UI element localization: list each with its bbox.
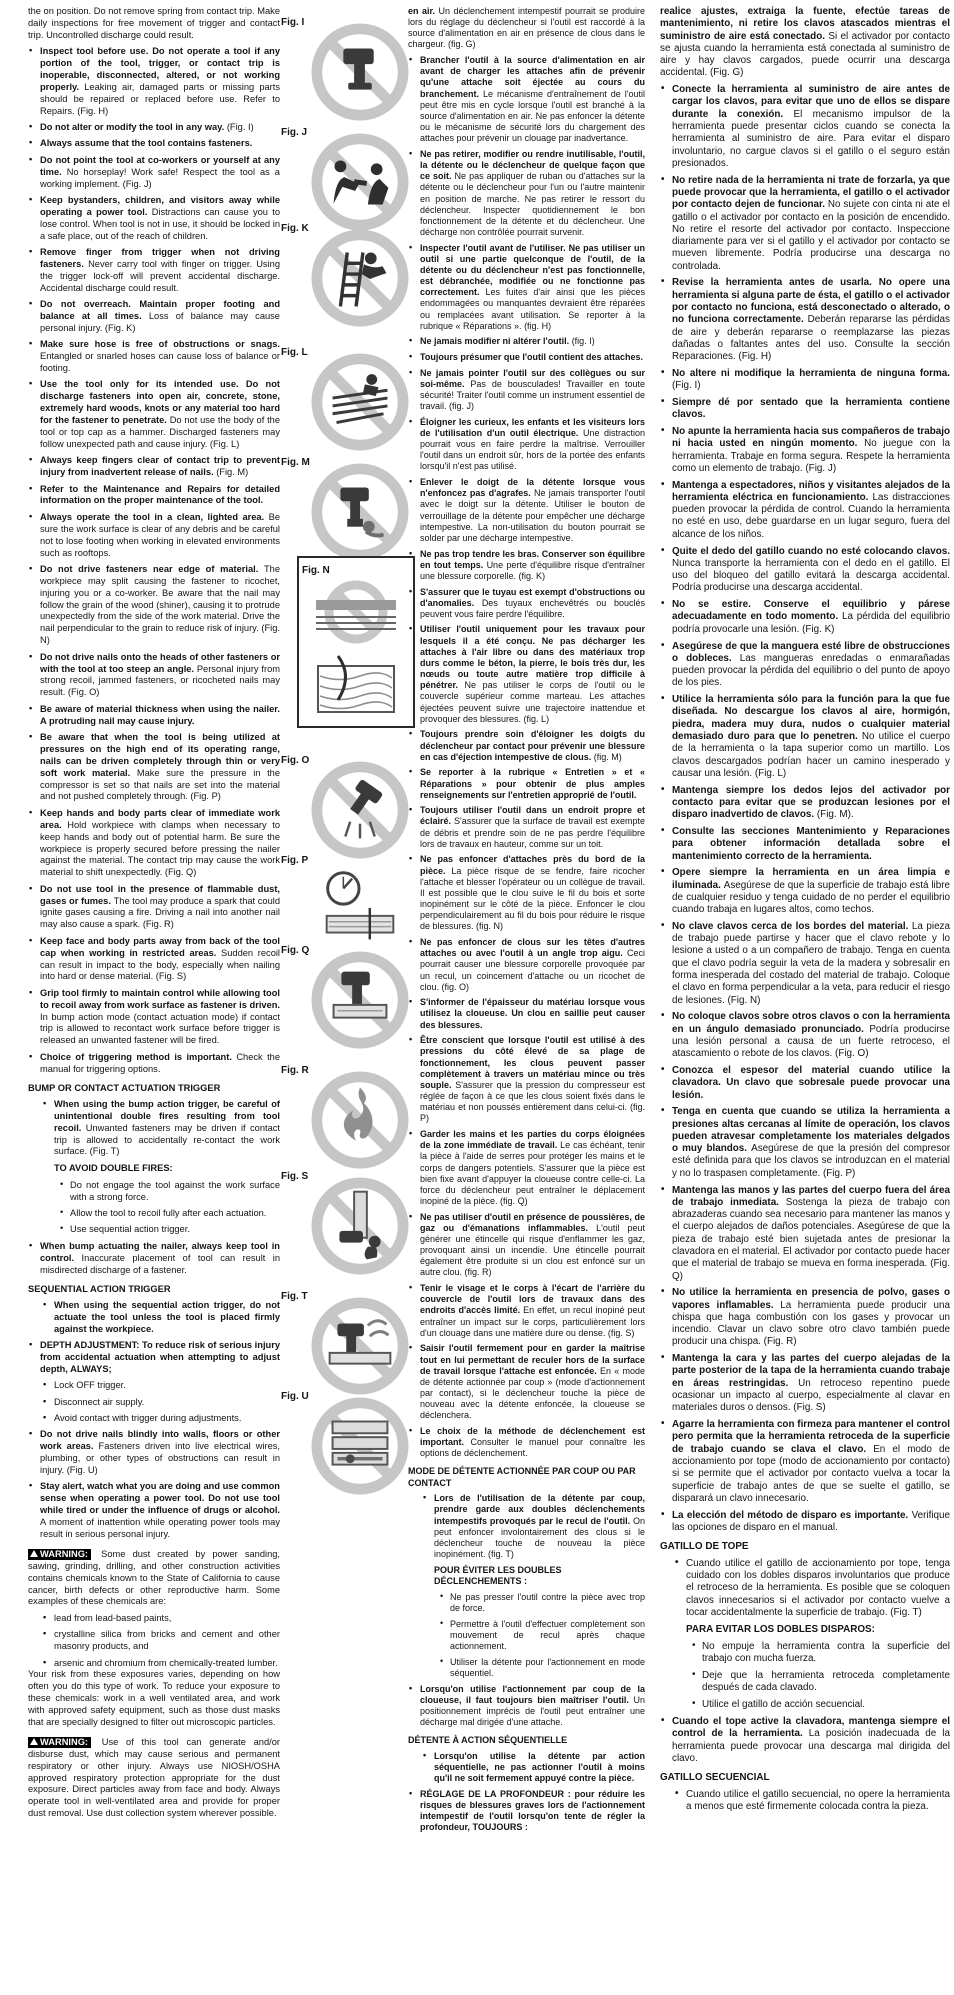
safety-bullet: Revise la herramienta antes de usarla. N… [660,277,950,363]
safety-bullet: No utilice la herramienta en presencia d… [660,1287,950,1348]
safety-bullet: Toujours présumer que l'outil contient d… [408,352,645,363]
safety-sub-bullet: Utiliser la détente pour l'actionnement … [440,1657,645,1679]
bullet-lead-text: realice ajustes, extraiga la fuente, efe… [660,6,950,42]
safety-sub-bullet: When using the sequential action trigger… [43,1300,280,1336]
safety-bullet: Do not drive nails onto the heads of oth… [28,652,280,700]
warning-label: WARNING: [28,1549,91,1560]
figure-i: Fig. I [281,12,413,30]
safety-bullet: Inspecter l'outil avant de l'utiliser. N… [408,243,645,332]
safety-bullet: Do not drive nails blindly into walls, f… [28,1429,280,1477]
safety-bullet: Asegúrese de que la manguera esté libre … [660,641,950,690]
safety-bullet: Mantenga a espectadores, niños y visitan… [660,480,950,541]
safety-bullet: La elección del método de disparo es imp… [660,1510,950,1535]
bullet-lead-text: No retire nada de la herramienta ni trat… [672,175,950,211]
figure-p: Fig. P [281,850,413,868]
figure-q: Fig. Q [281,940,413,958]
safety-bullet: Utilice la herramienta sólo para la func… [660,694,950,780]
bullet-lead-text: Utilice la herramienta sólo para la func… [672,694,950,742]
safety-bullet: Toujours prendre soin d'éloigner les doi… [408,729,645,762]
safety-bullet: When bump actuating the nailer, always k… [28,1241,280,1277]
bullet-lead-text: No clave clavos cerca de los bordes del … [672,921,912,932]
figure-t: Fig. T [281,1286,413,1304]
safety-bullet: Être conscient que lorsque l'outil est u… [408,1035,645,1124]
figure-o: Fig. O [281,750,413,768]
safety-bullet: Mantenga la cara y las partes del cuerpo… [660,1353,950,1414]
bullet-lead-text: Quite el dedo del gatillo cuando no esté… [672,546,950,557]
roof-decking-icon [311,353,411,453]
safety-bullet: Tenga en cuenta que cuando se utiliza la… [660,1106,950,1180]
section-heading: MODE DE DÉTENTE ACTIONNÉE PAR COUP OU PA… [408,1466,645,1488]
safety-sub-bullet: Ne pas presser l'outil contre la pièce a… [440,1592,645,1614]
safety-sub-bullet: Allow the tool to recoil fully after eac… [60,1208,280,1220]
figure-label: Fig. K [281,223,309,234]
safety-bullet: Do not overreach. Maintain proper footin… [28,299,280,335]
bullet-lead-text: Ne pas enfoncer de clous sur les têtes d… [420,937,645,958]
bullet-lead-text: Conecte la herramienta al suministro de … [672,84,950,120]
safety-bullet: Se reporter à la rubrique « Entretien » … [408,767,645,800]
figure-label: Fig. Q [281,945,309,956]
bullet-lead-text: Ne jamais pointer l'outil sur des collèg… [420,368,645,389]
bullet-lead-text: Conozca el espesor del material cuando u… [672,1065,950,1101]
safety-sub-bullet: crystalline silica from bricks and cemen… [43,1629,280,1653]
safety-bullet: No coloque clavos sobre otros clavos o c… [660,1011,950,1060]
bullet-lead-text: Toujours prendre soin d'éloigner les doi… [420,729,645,761]
bullet-lead-text: When using the sequential action trigger… [54,1300,280,1334]
figure-j: Fig. J [281,122,413,140]
bullet-lead-text: Saisir l'outil fermement pour en garder … [420,1343,645,1375]
section-heading: DÉTENTE À ACTION SÉQUENTIELLE [408,1735,645,1746]
safety-bullet: Do not point the tool at co-workers or y… [28,155,280,191]
section-heading: GATILLO SECUENCIAL [660,1772,950,1784]
bullet-lead-text: Always assume that the tool contains fas… [40,138,252,148]
safety-bullet: Ne jamais modifier ni altérer l'outil. (… [408,336,645,347]
bullet-lead-text: Utiliser l'outil uniquement pour les tra… [420,624,645,690]
bullet-lead-text: Refer to the Maintenance and Repairs for… [40,484,280,506]
safety-sub-bullet: Cuando utilice el gatillo secuencial, no… [675,1789,950,1814]
bullet-lead-text: No altere ni modifique la herramienta de… [672,368,950,379]
safety-bullet: Toujours utiliser l'outil dans un endroi… [408,805,645,850]
figure-label: Fig. R [281,1065,309,1076]
paragraph: the on position. Do not remove spring fr… [28,6,280,42]
safety-bullet: Brancher l'outil à la source d'alimentat… [408,55,645,144]
safety-bullet: DEPTH ADJUSTMENT: To reduce risk of seri… [28,1340,280,1376]
figure-label: Fig. L [281,347,308,358]
bullet-lead-text: Choice of triggering method is important… [40,1052,236,1062]
warning-paragraph: WARNING: Some dust created by power sand… [28,1549,280,1608]
bullet-lead-text: Stay alert, watch what you are doing and… [40,1481,280,1515]
bullet-lead-text: No coloque clavos sobre otros clavos o c… [672,1011,950,1034]
safety-sub-bullet: Avoid contact with trigger during adjust… [43,1413,280,1425]
bullet-lead-text: Revise la herramienta antes de usarla. N… [672,277,950,325]
bullet-lead-text: Mantenga las manos y las partes del cuer… [672,1185,950,1208]
safety-bullet: Do not drive fasteners near edge of mate… [28,564,280,647]
bullet-lead-text: Consulte las secciones Mantenimiento y R… [672,826,950,862]
safety-bullet: No apunte la herramienta hacia sus compa… [660,426,950,475]
safety-sub-bullet: arsenic and chromium from chemically-tre… [43,1658,280,1670]
safety-bullet: S'informer de l'épaisseur du matériau lo… [408,997,645,1030]
figure-label: Fig. M [281,457,310,468]
bullet-lead-text: Grip tool firmly to maintain control whi… [40,988,280,1010]
bullet-lead-text: Always keep fingers clear of contact tri… [40,455,280,477]
figure-label: Fig. J [281,127,307,138]
figure-label: Fig. O [281,755,309,766]
safety-bullet: Stay alert, watch what you are doing and… [28,1481,280,1540]
safety-bullet: Always assume that the tool contains fas… [28,138,280,150]
safety-bullet: Consulte las secciones Mantenimiento y R… [660,826,950,863]
section-heading: BUMP OR CONTACT ACTUATION TRIGGER [28,1083,280,1095]
bullet-lead-text: Éloigner les curieux, les enfants et les… [420,417,645,438]
bullet-lead-text: Ne pas enfoncer d'attaches près du bord … [420,854,645,875]
ladder-overreach-icon [311,229,411,329]
sub-section-heading: PARA EVITAR LOS DOBLES DISPAROS: [675,1624,950,1636]
safety-bullet: Siempre dé por sentado que la herramient… [660,397,950,422]
bullet-lead-text: Ne pas trop tendre les bras. Conserver s… [420,549,645,570]
safety-bullet: Saisir l'outil fermement pour en garder … [408,1343,645,1421]
safety-bullet: No clave clavos cerca de los bordes del … [660,921,950,1007]
figure-label: Fig. U [281,1391,309,1402]
bullet-lead-text: Keep hands and body parts clear of immed… [40,808,280,830]
bullet-lead-text: Mantenga a espectadores, niños y visitan… [672,480,950,503]
safety-sub-bullet: Use sequential action trigger. [60,1224,280,1236]
bullet-lead-text: Mantenga siempre los dedos lejos del act… [672,785,950,821]
bullet-lead-text: When bump actuating the nailer, always k… [40,1241,280,1263]
safety-bullet: Do not use tool in the presence of flamm… [28,884,280,932]
safety-bullet: Refer to the Maintenance and Repairs for… [28,484,280,508]
safety-bullet: Enlever le doigt de la détente lorsque v… [408,477,645,544]
flames-icon [311,1071,411,1171]
hand-near-contact-trip-icon [311,463,411,563]
safety-sub-bullet: Lorsqu'on utilise la détente par action … [423,1751,645,1784]
bullet-lead-text: No apunte la herramienta hacia sus compa… [672,426,950,449]
safety-bullet: Agarre la herramienta con firmeza para m… [660,1419,950,1505]
bullet-lead-text: Opere siempre la herramienta en un área … [672,867,950,890]
figure-column: Fig. IFig. JFig. KFig. LFig. MFig. NFig.… [281,0,413,1995]
safety-sub-bullet: lead from lead-based paints, [43,1613,280,1625]
bullet-lead-text: Toujours présumer que l'outil contient d… [420,352,643,362]
warning-triangle-icon [30,1550,38,1557]
paragraph: realice ajustes, extraiga la fuente, efe… [660,6,950,80]
figure-box: Fig. N [297,556,415,728]
bullet-lead-text: Tenga en cuenta que cuando se utiliza la… [672,1106,950,1154]
figure-label: Fig. N [302,565,330,576]
safety-bullet: Ne pas utiliser d'outil en présence de p… [408,1212,645,1279]
bullet-lead-text: No se estire. Conserve el equilibrio y p… [672,599,950,622]
bullet-lead-text: La elección del método de disparo es imp… [672,1510,912,1521]
figure-r: Fig. R [281,1060,413,1078]
safety-bullet: Le choix de la méthode de déclenchement … [408,1426,645,1459]
figure-l: Fig. L [281,342,413,360]
figure-label: Fig. P [281,855,308,866]
figure-label: Fig. I [281,17,304,28]
figure-m: Fig. M [281,452,413,470]
bullet-lead-text: Make sure hose is free of obstructions o… [40,339,280,349]
safety-bullet: Keep face and body parts away from back … [28,936,280,984]
safety-sub-bullet: Disconnect air supply. [43,1397,280,1409]
bullet-lead-text: Use the tool only for its intended use. … [40,379,280,425]
warning-paragraph: WARNING: Use of this tool can generate a… [28,1737,280,1820]
safety-bullet: Conecte la herramienta al suministro de … [660,84,950,170]
board-edge-grain-icon [302,580,410,722]
bullet-lead-text: Brancher l'outil à la source d'alimentat… [420,55,645,98]
bullet-lead-text: Ne jamais modifier ni altérer l'outil. [420,336,572,346]
warning-triangle-icon [30,1738,38,1745]
safety-bullet: Mantenga las manos y las partes del cuer… [660,1185,950,1283]
bullet-lead-text: Remove finger from trigger when not driv… [40,247,280,269]
wall-hidden-pipes-icon [311,1397,411,1497]
safety-bullet: Lorsqu'on utilise l'actionnement par cou… [408,1684,645,1729]
safety-bullet: Garder les mains et les parties du corps… [408,1129,645,1207]
safety-bullet: Keep hands and body parts clear of immed… [28,808,280,879]
section-heading: GATILLO DE TOPE [660,1541,950,1553]
bullet-lead-text: Garder les mains et les parties du corps… [420,1129,645,1150]
safety-bullet: Inspect tool before use. Do not operate … [28,46,280,117]
sub-section-heading: TO AVOID DOUBLE FIRES: [43,1163,280,1175]
bullet-lead-text: Enlever le doigt de la détente lorsque v… [420,477,645,498]
bullet-lead-text: S'informer de l'épaisseur du matériau lo… [420,997,645,1029]
safety-bullet: Opere siempre la herramienta en un área … [660,867,950,916]
bullet-lead-text: Inspect tool before use. Do not operate … [40,46,280,92]
safety-bullet: Ne pas retirer, modifier ou rendre inuti… [408,149,645,238]
bullet-lead-text: Toujours utiliser l'outil dans un endroi… [420,805,645,826]
safety-bullet: Do not alter or modify the tool in any w… [28,122,280,134]
safety-bullet: Grip tool firmly to maintain control whi… [28,988,280,1047]
safety-sub-bullet: No empuje la herramienta contra la super… [692,1641,950,1666]
figure-label: Fig. S [281,1171,308,1182]
bullet-lead-text: Siempre dé por sentado que la herramient… [672,397,950,420]
bullet-lead-text: Lorsqu'on utilise la détente par action … [434,1751,645,1783]
bullet-lead-text: Ne pas utiliser d'outil en présence de p… [420,1212,645,1233]
safety-bullet: No se estire. Conserve el equilibrio y p… [660,599,950,636]
sub-section-heading: POUR ÉVITER LES DOUBLES DÉCLENCHEMENTS : [423,1565,645,1587]
bullet-lead-text: Agarre la herramienta con firmeza para m… [672,1419,950,1455]
safety-bullet: No retire nada de la herramienta ni trat… [660,175,950,273]
safety-bullet: Always operate the tool in a clean, ligh… [28,512,280,560]
bullet-lead-text: Ne pas retirer, modifier ou rendre inuti… [420,149,645,181]
safety-bullet: Keep bystanders, children, and visitors … [28,195,280,243]
safety-bullet: Cuando el tope active la clavadora, mant… [660,1716,950,1765]
safety-bullet: Ne pas trop tendre les bras. Conserver s… [408,549,645,582]
steep-angle-nailing-icon [311,761,411,861]
safety-bullet: RÉGLAGE DE LA PROFONDEUR : pour réduire … [408,1789,645,1834]
bullet-lead-text: Se reporter à la rubrique « Entretien » … [420,767,645,799]
safety-bullet: Always keep fingers clear of contact tri… [28,455,280,479]
safety-sub-bullet: Utilice el gatillo de acción secuencial. [692,1699,950,1711]
bullet-lead-text: Le choix de la méthode de déclenchement … [420,1426,645,1447]
bullet-lead-text: Lorsqu'on utilise l'actionnement par cou… [420,1684,645,1705]
spanish-text-column: realice ajustes, extraiga la fuente, efe… [660,6,950,1813]
safety-bullet: S'assurer que le tuyau est exempt d'obst… [408,587,645,620]
manual-page: the on position. Do not remove spring fr… [0,0,954,1995]
bullet-lead-text: RÉGLAGE DE LA PROFONDEUR : pour réduire … [420,1789,645,1832]
safety-bullet: No altere ni modifique la herramienta de… [660,368,950,393]
bullet-lead-text: Keep face and body parts away from back … [40,936,280,958]
figure-label: Fig. T [281,1291,308,1302]
safety-sub-bullet: Lors de l'utilisation de la détente par … [423,1493,645,1560]
safety-bullet: Be aware that when the tool is being uti… [28,732,280,803]
recoil-double-fire-icon [311,1297,411,1397]
bullet-lead-text: en air. [408,6,438,16]
bullet-lead-text: Do not point the tool at co-workers or y… [40,155,280,177]
bullet-lead-text: Do not drive nails onto the heads of oth… [40,652,280,674]
safety-sub-bullet: Do not engage the tool against the work … [60,1180,280,1204]
safety-bullet: Conozca el espesor del material cuando u… [660,1065,950,1102]
bullet-lead-text: Mantenga la cara y las partes del cuerpo… [672,1353,950,1389]
paragraph: en air. Un déclenchement intempestif pou… [408,6,645,51]
safety-bullet: Tenir le visage et le corps à l'écart de… [408,1283,645,1339]
safety-sub-bullet: Lock OFF trigger. [43,1380,280,1392]
nailer-tool-prohibited-icon [311,23,411,123]
safety-bullet: Mantenga siempre los dedos lejos del act… [660,785,950,822]
safety-sub-bullet: Permettre à l'outil d'effectuer complète… [440,1619,645,1652]
safety-bullet: Utiliser l'outil uniquement pour les tra… [408,624,645,724]
bullet-lead-text: S'assurer que le tuyau est exempt d'obst… [420,587,645,608]
figure-k: Fig. K [281,218,413,236]
bullet-lead-text: Lors de l'utilisation de la détente par … [434,1493,645,1525]
safety-bullet: Use the tool only for its intended use. … [28,379,280,450]
safety-sub-bullet: Deje que la herramienta retroceda comple… [692,1670,950,1695]
safety-bullet: Make sure hose is free of obstructions o… [28,339,280,375]
safety-bullet: Quite el dedo del gatillo cuando no esté… [660,546,950,595]
section-heading: SEQUENTIAL ACTION TRIGGER [28,1284,280,1296]
bullet-lead-text: Always operate the tool in a clean, ligh… [40,512,269,522]
nailer-on-workpiece-icon [311,951,411,1051]
bullet-lead-text: Be aware that when the tool is being uti… [40,732,280,778]
bullet-lead-text: Do not use tool in the presence of flamm… [40,884,280,906]
safety-sub-bullet: Cuando utilice el gatillo de accionamien… [675,1558,950,1619]
bullet-lead-text: Asegúrese de que la manguera esté libre … [672,641,950,664]
bullet-lead-text: Tenir le visage et le corps à l'écart de… [420,1283,645,1315]
bullet-lead-text: Do not overreach. Maintain proper footin… [40,299,280,321]
bullet-lead-text: Do not drive fasteners near edge of mate… [40,564,264,574]
tight-space-nailing-icon [311,1177,411,1277]
figure-u: Fig. U [281,1386,413,1404]
safety-bullet: Ne pas enfoncer de clous sur les têtes d… [408,937,645,993]
bullet-lead-text: Do not alter or modify the tool in any w… [40,122,227,132]
safety-bullet: Ne jamais pointer l'outil sur des collèg… [408,368,645,413]
warning-label: WARNING: [28,1737,91,1748]
bullet-lead-text: DEPTH ADJUSTMENT: To reduce risk of seri… [40,1340,280,1374]
bullet-lead-text: When using the bump action trigger, be c… [54,1099,280,1133]
paragraph: Your risk from these exposures varies, d… [28,1669,280,1728]
english-text-column: the on position. Do not remove spring fr… [28,6,280,1820]
safety-bullet: Éloigner les curieux, les enfants et les… [408,417,645,473]
bullet-lead-text: Do not drive nails blindly into walls, f… [40,1429,280,1451]
bullet-lead-text: Keep bystanders, children, and visitors … [40,195,280,217]
bullet-lead-text: Inspecter l'outil avant de l'utiliser. N… [420,243,645,298]
safety-bullet: Be aware of material thickness when usin… [28,704,280,728]
bullet-lead-text: Être conscient que lorsque l'outil est u… [420,1035,645,1090]
safety-sub-bullet: When using the bump action trigger, be c… [43,1099,280,1158]
safety-bullet: Remove finger from trigger when not driv… [28,247,280,295]
safety-bullet: Ne pas enfoncer d'attaches près du bord … [408,854,645,932]
bullet-lead-text: No utilice la herramienta en presencia d… [672,1287,950,1310]
bullet-lead-text: Cuando el tope active la clavadora, mant… [672,1716,950,1739]
figure-s: Fig. S [281,1166,413,1184]
safety-bullet: Choice of triggering method is important… [28,1052,280,1076]
bullet-lead-text: Be aware of material thickness when usin… [40,704,280,726]
french-text-column: en air. Un déclenchement intempestif pou… [408,6,645,1833]
